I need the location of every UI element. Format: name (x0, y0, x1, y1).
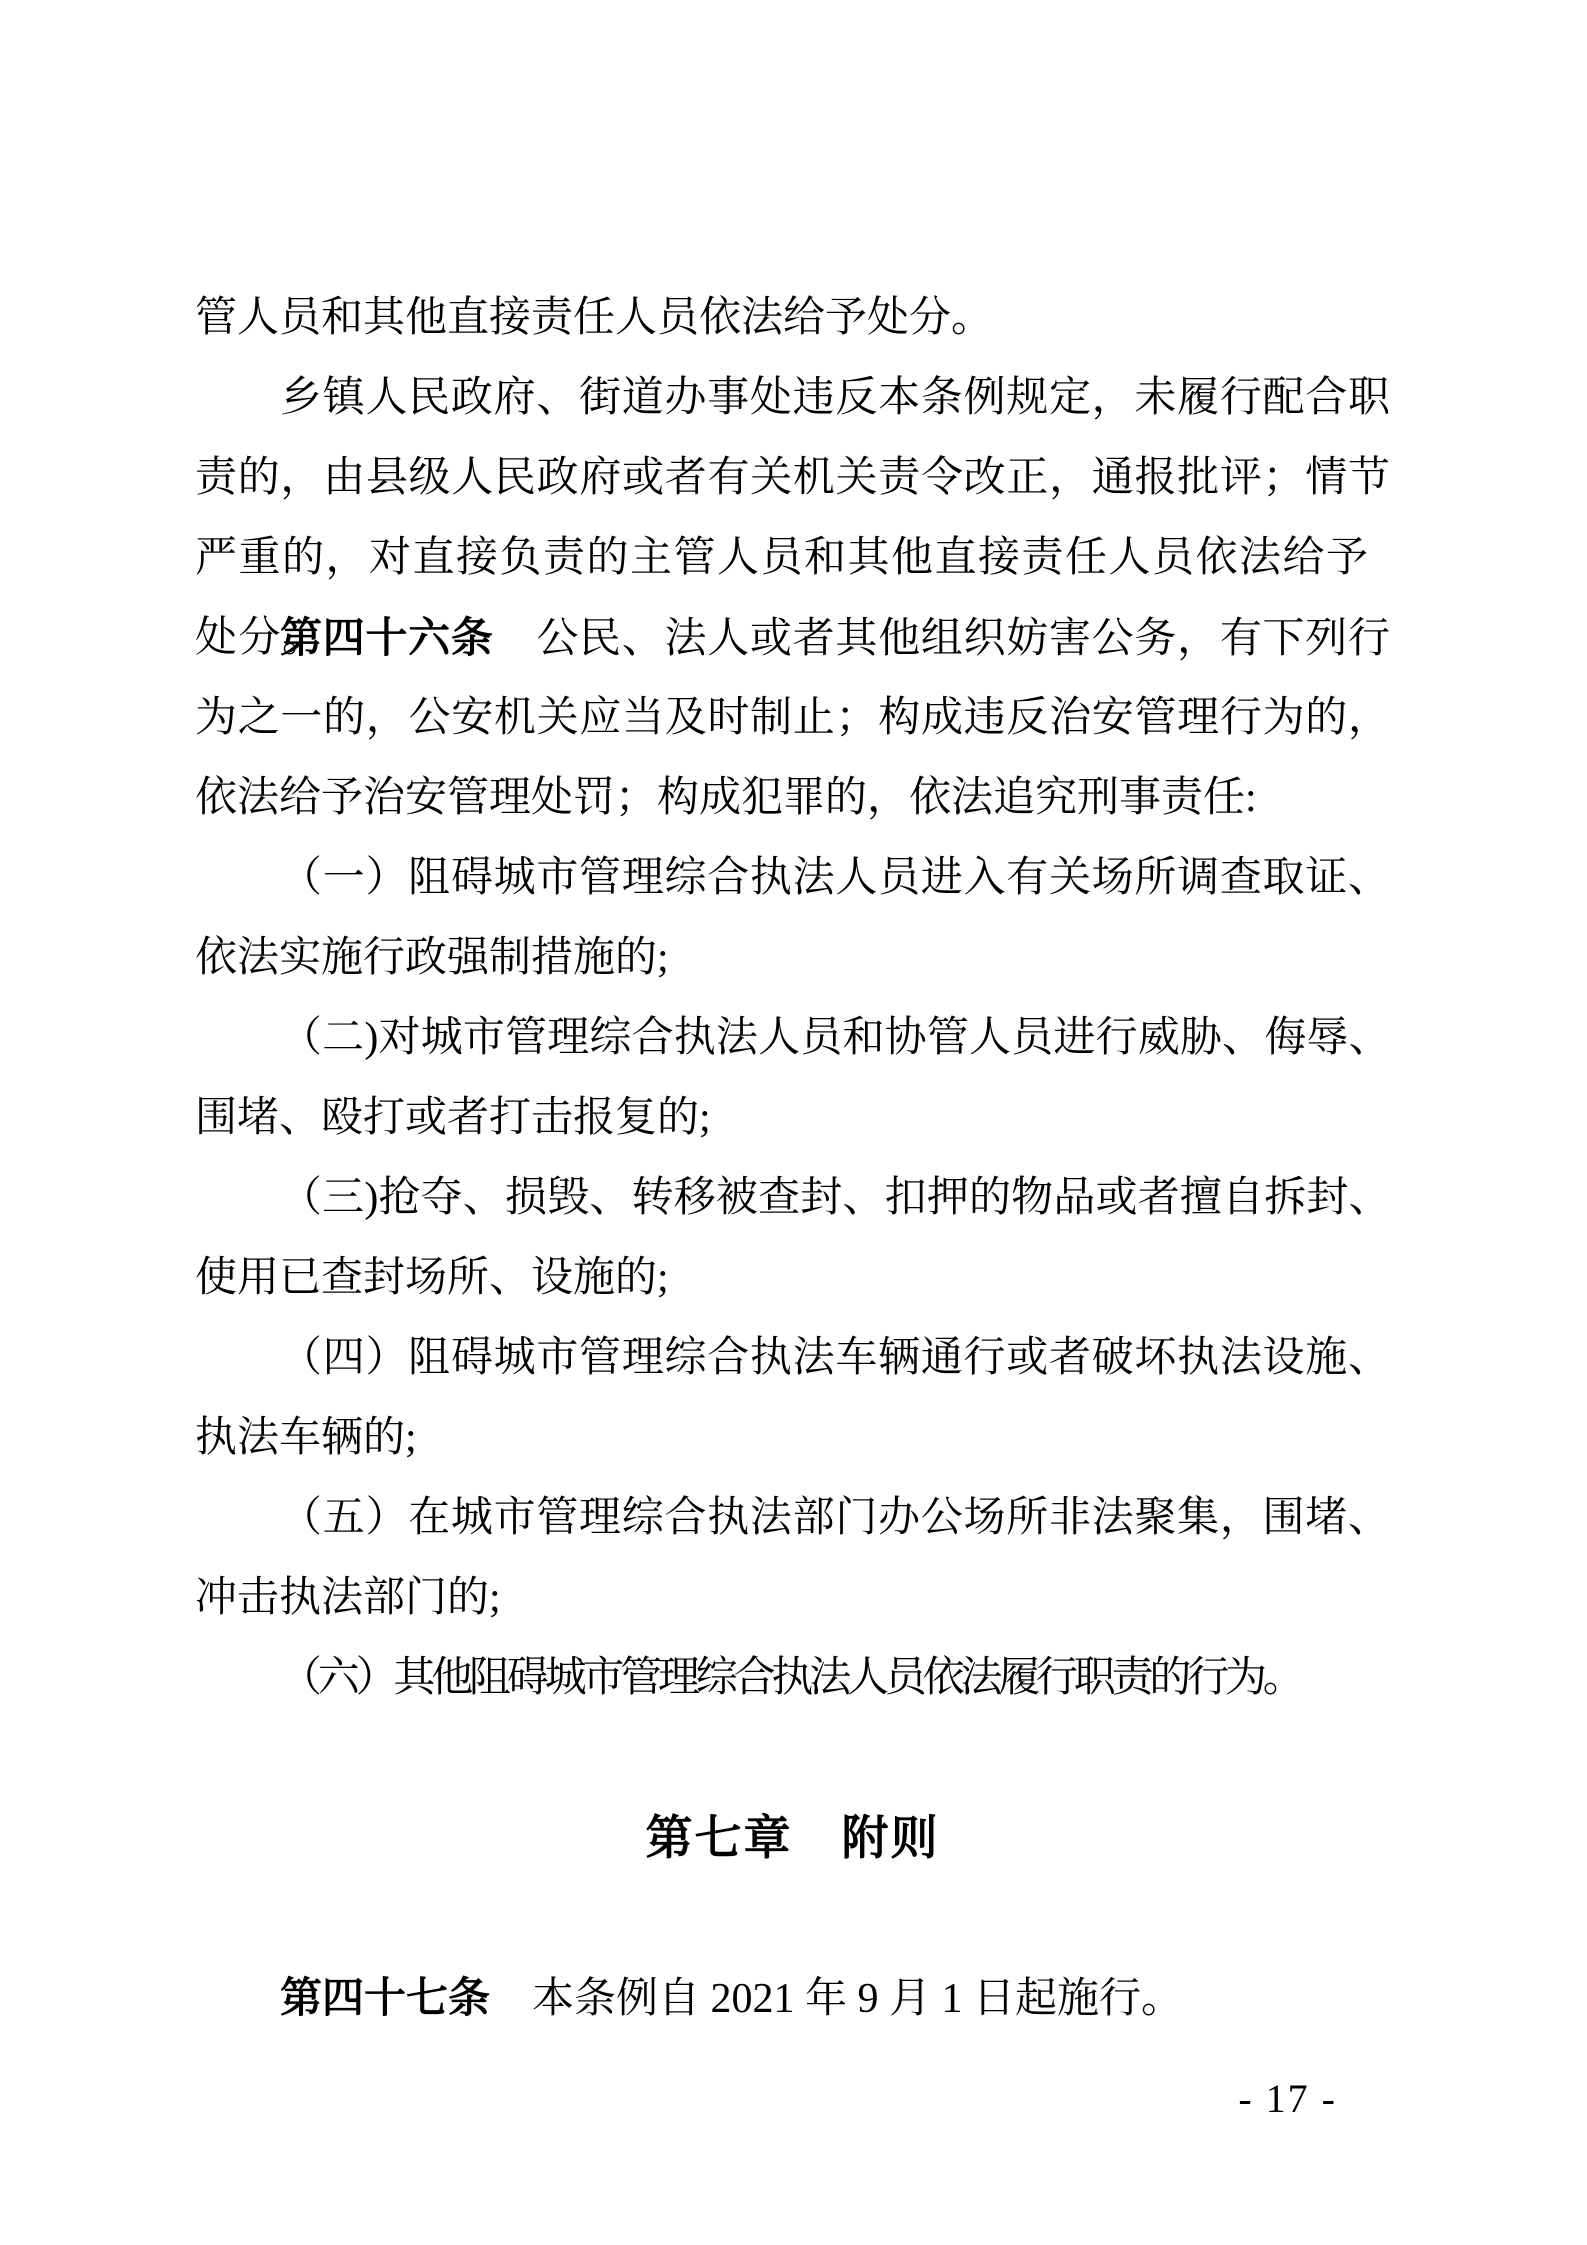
body-line: 依法实施行政强制措施的; (195, 918, 1390, 998)
chapter-7-heading: 第七章 附则 (195, 1798, 1390, 1878)
body-line: 乡镇人民政府、街道办事处违反本条例规定，未履行配合职 (195, 358, 1390, 438)
body-line: （六）其他阻碍城市管理综合执法人员依法履行职责的行为。 (195, 1638, 1390, 1718)
article-text: 公民、法人或者其他组织妨害公务，有下列行 (536, 616, 1390, 662)
body-line: 冲击执法部门的; (195, 1558, 1390, 1638)
article-47-line: 第四十七条本条例自 2021 年 9 月 1 日起施行。 (195, 1958, 1390, 2038)
body-line: （一）阻碍城市管理综合执法人员进入有关场所调查取证、 (195, 838, 1390, 918)
body-line: （四）阻碍城市管理综合执法车辆通行或者破坏执法设施、 (195, 1318, 1390, 1398)
body-line: （三)抢夺、损毁、转移被查封、扣押的物品或者擅自拆封、 (195, 1158, 1390, 1238)
body-line: 执法车辆的; (195, 1398, 1390, 1478)
body-line: （二)对城市管理综合执法人员和协管人员进行威胁、侮辱、 (195, 998, 1390, 1078)
body-line: 责的，由县级人民政府或者有关机关责令改正，通报批评；情节 (195, 438, 1390, 518)
article-46-line: 第四十六条公民、法人或者其他组织妨害公务，有下列行 (195, 598, 1390, 678)
document-body: 管人员和其他直接责任人员依法给予处分。 乡镇人民政府、街道办事处违反本条例规定，… (195, 278, 1390, 2038)
body-line: 依法给予治安管理处罚；构成犯罪的，依法追究刑事责任: (195, 758, 1390, 838)
body-line: 管人员和其他直接责任人员依法给予处分。 (195, 278, 1390, 358)
article-number: 第四十六条 (280, 614, 494, 661)
body-line: 严重的，对直接负责的主管人员和其他直接责任人员依法给予处分。 (195, 518, 1390, 598)
page-number: - 17 - (1238, 2075, 1337, 2122)
body-line: 为之一的，公安机关应当及时制止；构成违反治安管理行为的， (195, 678, 1390, 758)
article-text: 本条例自 2021 年 9 月 1 日起施行。 (532, 1976, 1183, 2022)
article-number: 第四十七条 (280, 1974, 490, 2021)
body-line: 使用已查封场所、设施的; (195, 1238, 1390, 1318)
body-line: （五）在城市管理综合执法部门办公场所非法聚集，围堵、 (195, 1478, 1390, 1558)
document-page: { "document": { "page_number": "- 17 -",… (0, 0, 1587, 2245)
body-line: 围堵、殴打或者打击报复的; (195, 1078, 1390, 1158)
